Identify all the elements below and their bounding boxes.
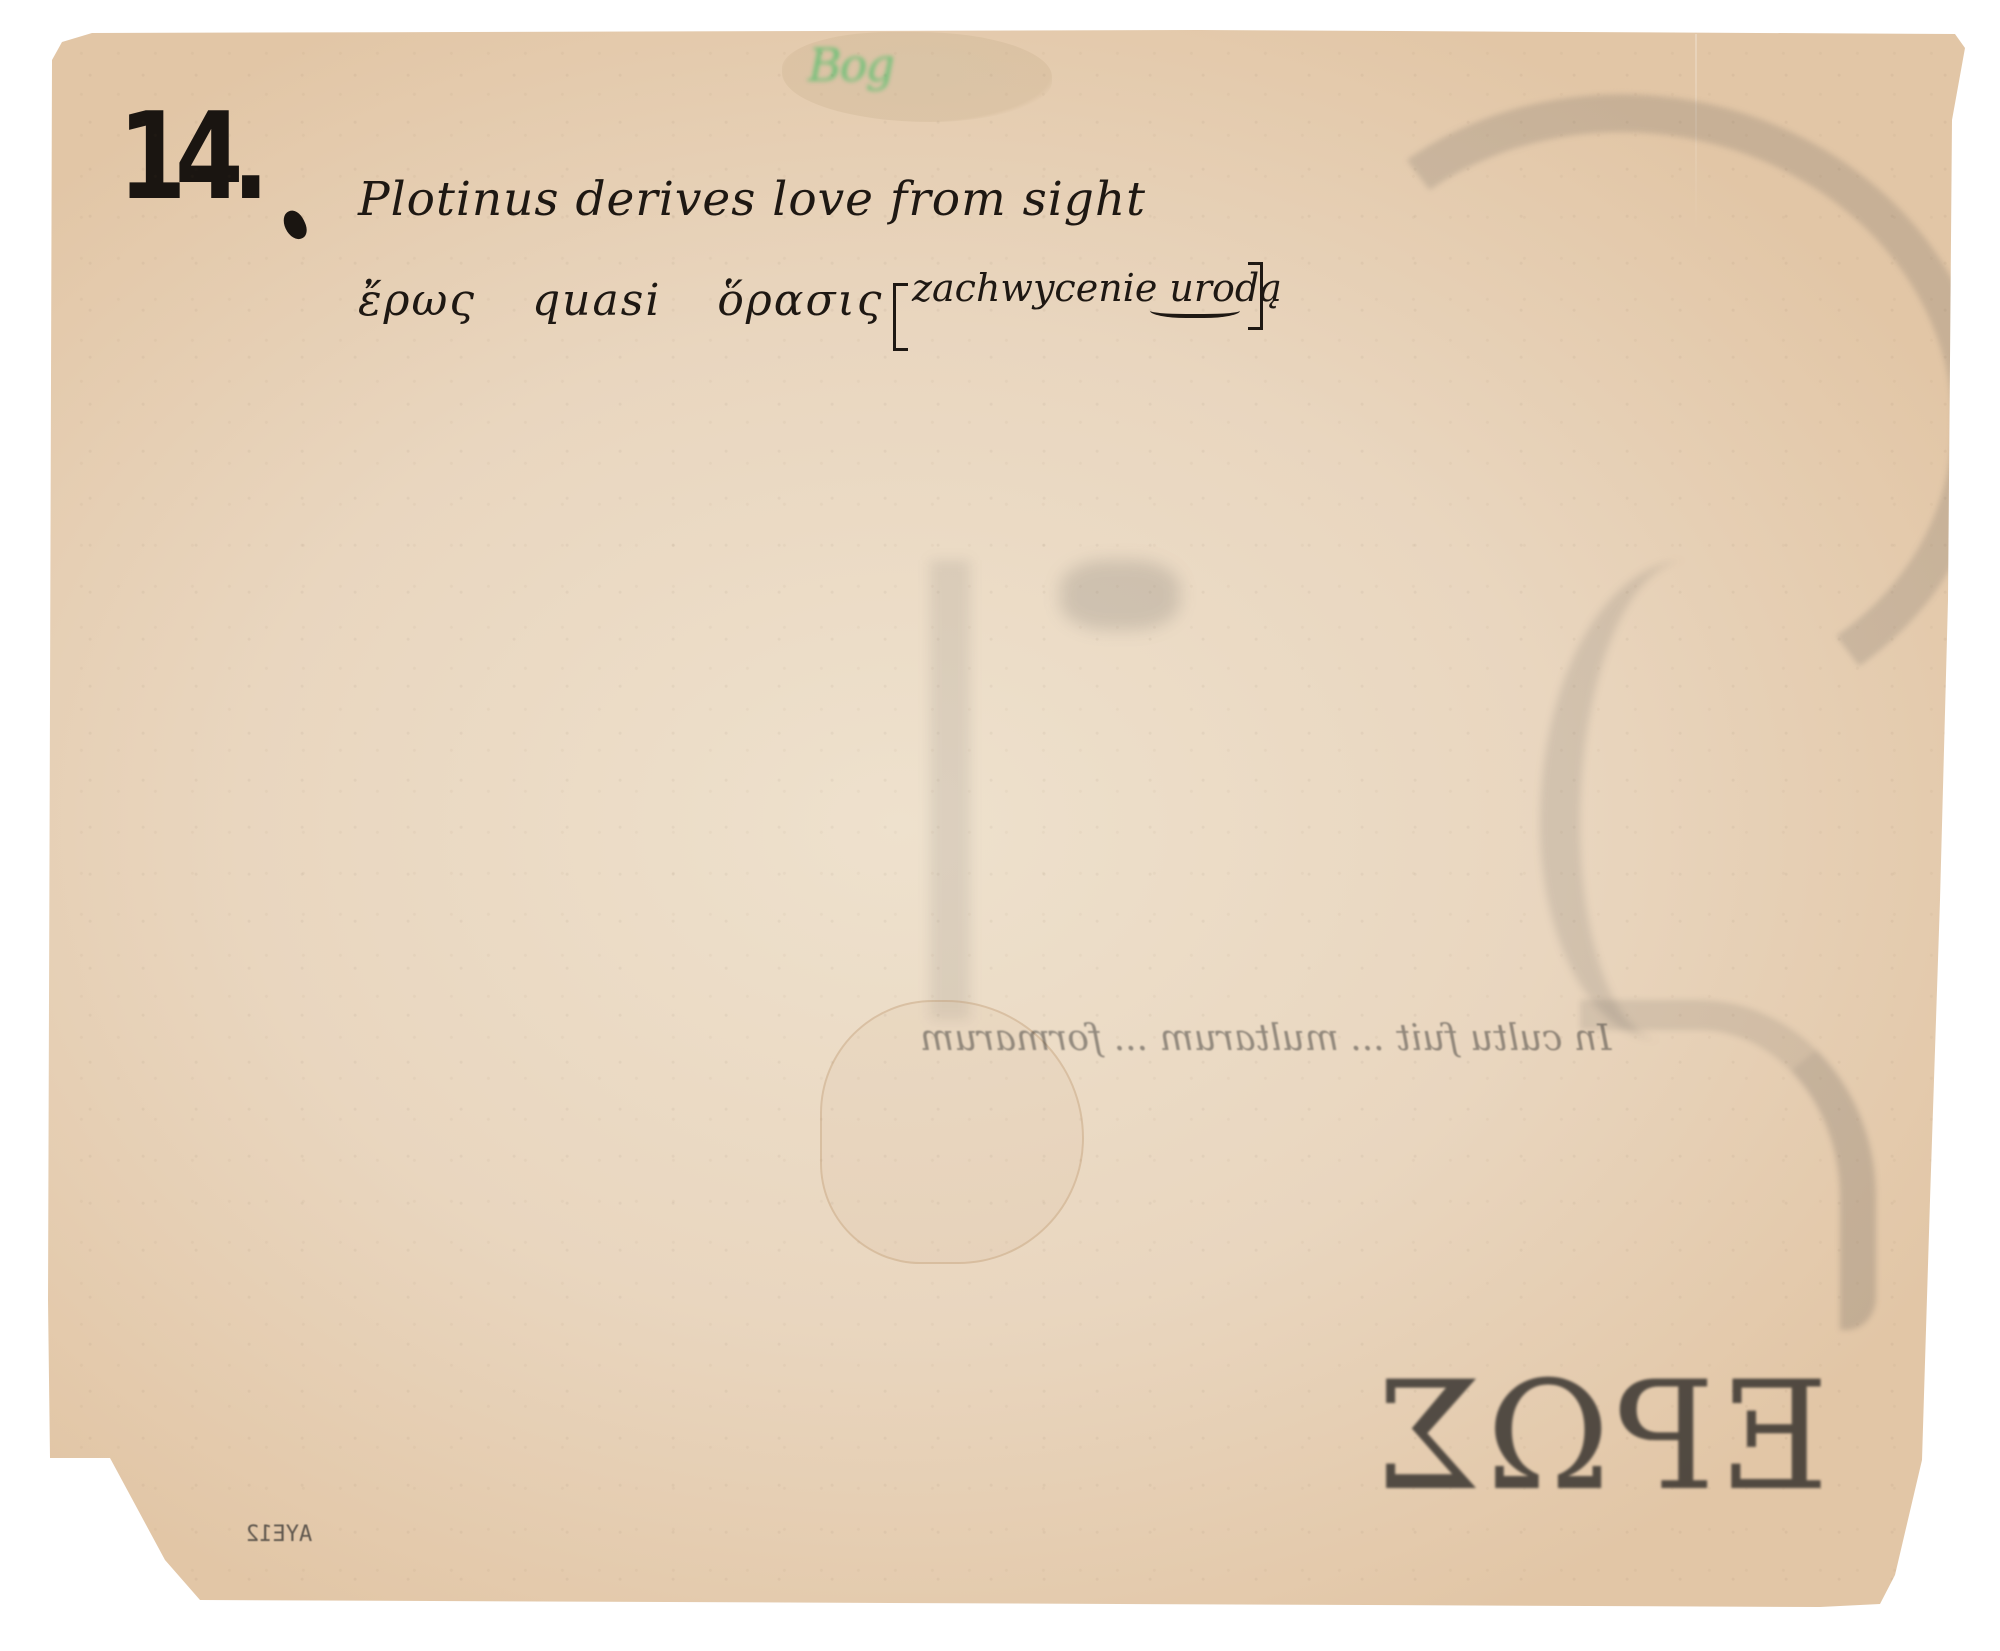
mirrored-bleed-line: In cultu fuit ... multarum ... formarum <box>920 1018 1611 1059</box>
bleed-through-lower-curve <box>1580 1000 1876 1330</box>
wavy-underline <box>1150 300 1240 318</box>
paper-crease <box>1695 34 1697 234</box>
bleed-through-vertical-smudge <box>930 560 970 1020</box>
mirrored-eros-letters: ΕΡΩΣ <box>1372 1362 1829 1512</box>
bleed-through-top-smudge <box>1060 560 1180 630</box>
right-bracket <box>1248 262 1263 330</box>
left-bracket <box>893 283 908 351</box>
green-ink-stain-text: Bog <box>808 38 978 98</box>
corner-pencil-mark: AYE12 <box>246 1522 312 1547</box>
item-number-dot <box>280 207 311 243</box>
bleed-through-arc <box>1234 48 2000 777</box>
handwritten-line-1: Plotinus derives love from sight <box>358 172 1146 227</box>
latin-word-quasi: quasi <box>532 275 661 326</box>
greek-word-eros: ἔρως <box>358 275 476 326</box>
item-number: 14. <box>118 98 258 218</box>
manuscript-sheet: Bog 14. Plotinus derives love from sight… <box>0 0 2000 1651</box>
handwritten-line-2: ἔρως quasi ὅρασις <box>358 275 883 326</box>
bleed-through-profile <box>1540 560 1810 1040</box>
greek-word-horasis: ὅρασις <box>717 275 883 326</box>
